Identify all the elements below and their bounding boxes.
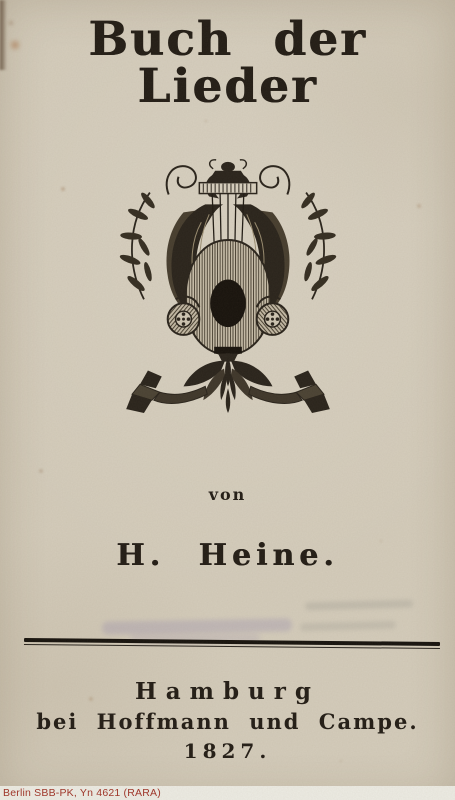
foxing-specks [0,0,2,2]
showthrough-stamp-smudge [102,618,292,634]
page-title: Buch der Lieder [0,16,455,110]
byline-prefix: von [0,487,455,503]
lyre-crossbar [199,160,256,194]
imprint-double-rule [24,638,440,649]
lyre-body [185,240,270,362]
lyre-ornament-icon [112,153,344,415]
imprint-publisher: bei Hoffmann und Campe. [0,711,455,732]
showthrough-text-smudge [305,600,413,611]
author-name: H. Heine. [0,541,455,571]
palmette-center [225,357,231,413]
showthrough-text-smudge [300,621,396,632]
shelfmark-label: Berlin SBB-PK, Yn 4621 (RARA) [3,787,161,799]
shelfmark-strip: Berlin SBB-PK, Yn 4621 (RARA) [0,786,455,800]
scanned-page: Buch der Lieder [0,0,455,800]
imprint-year: 1827. [0,741,455,761]
imprint-city: Hamburg [0,680,455,703]
